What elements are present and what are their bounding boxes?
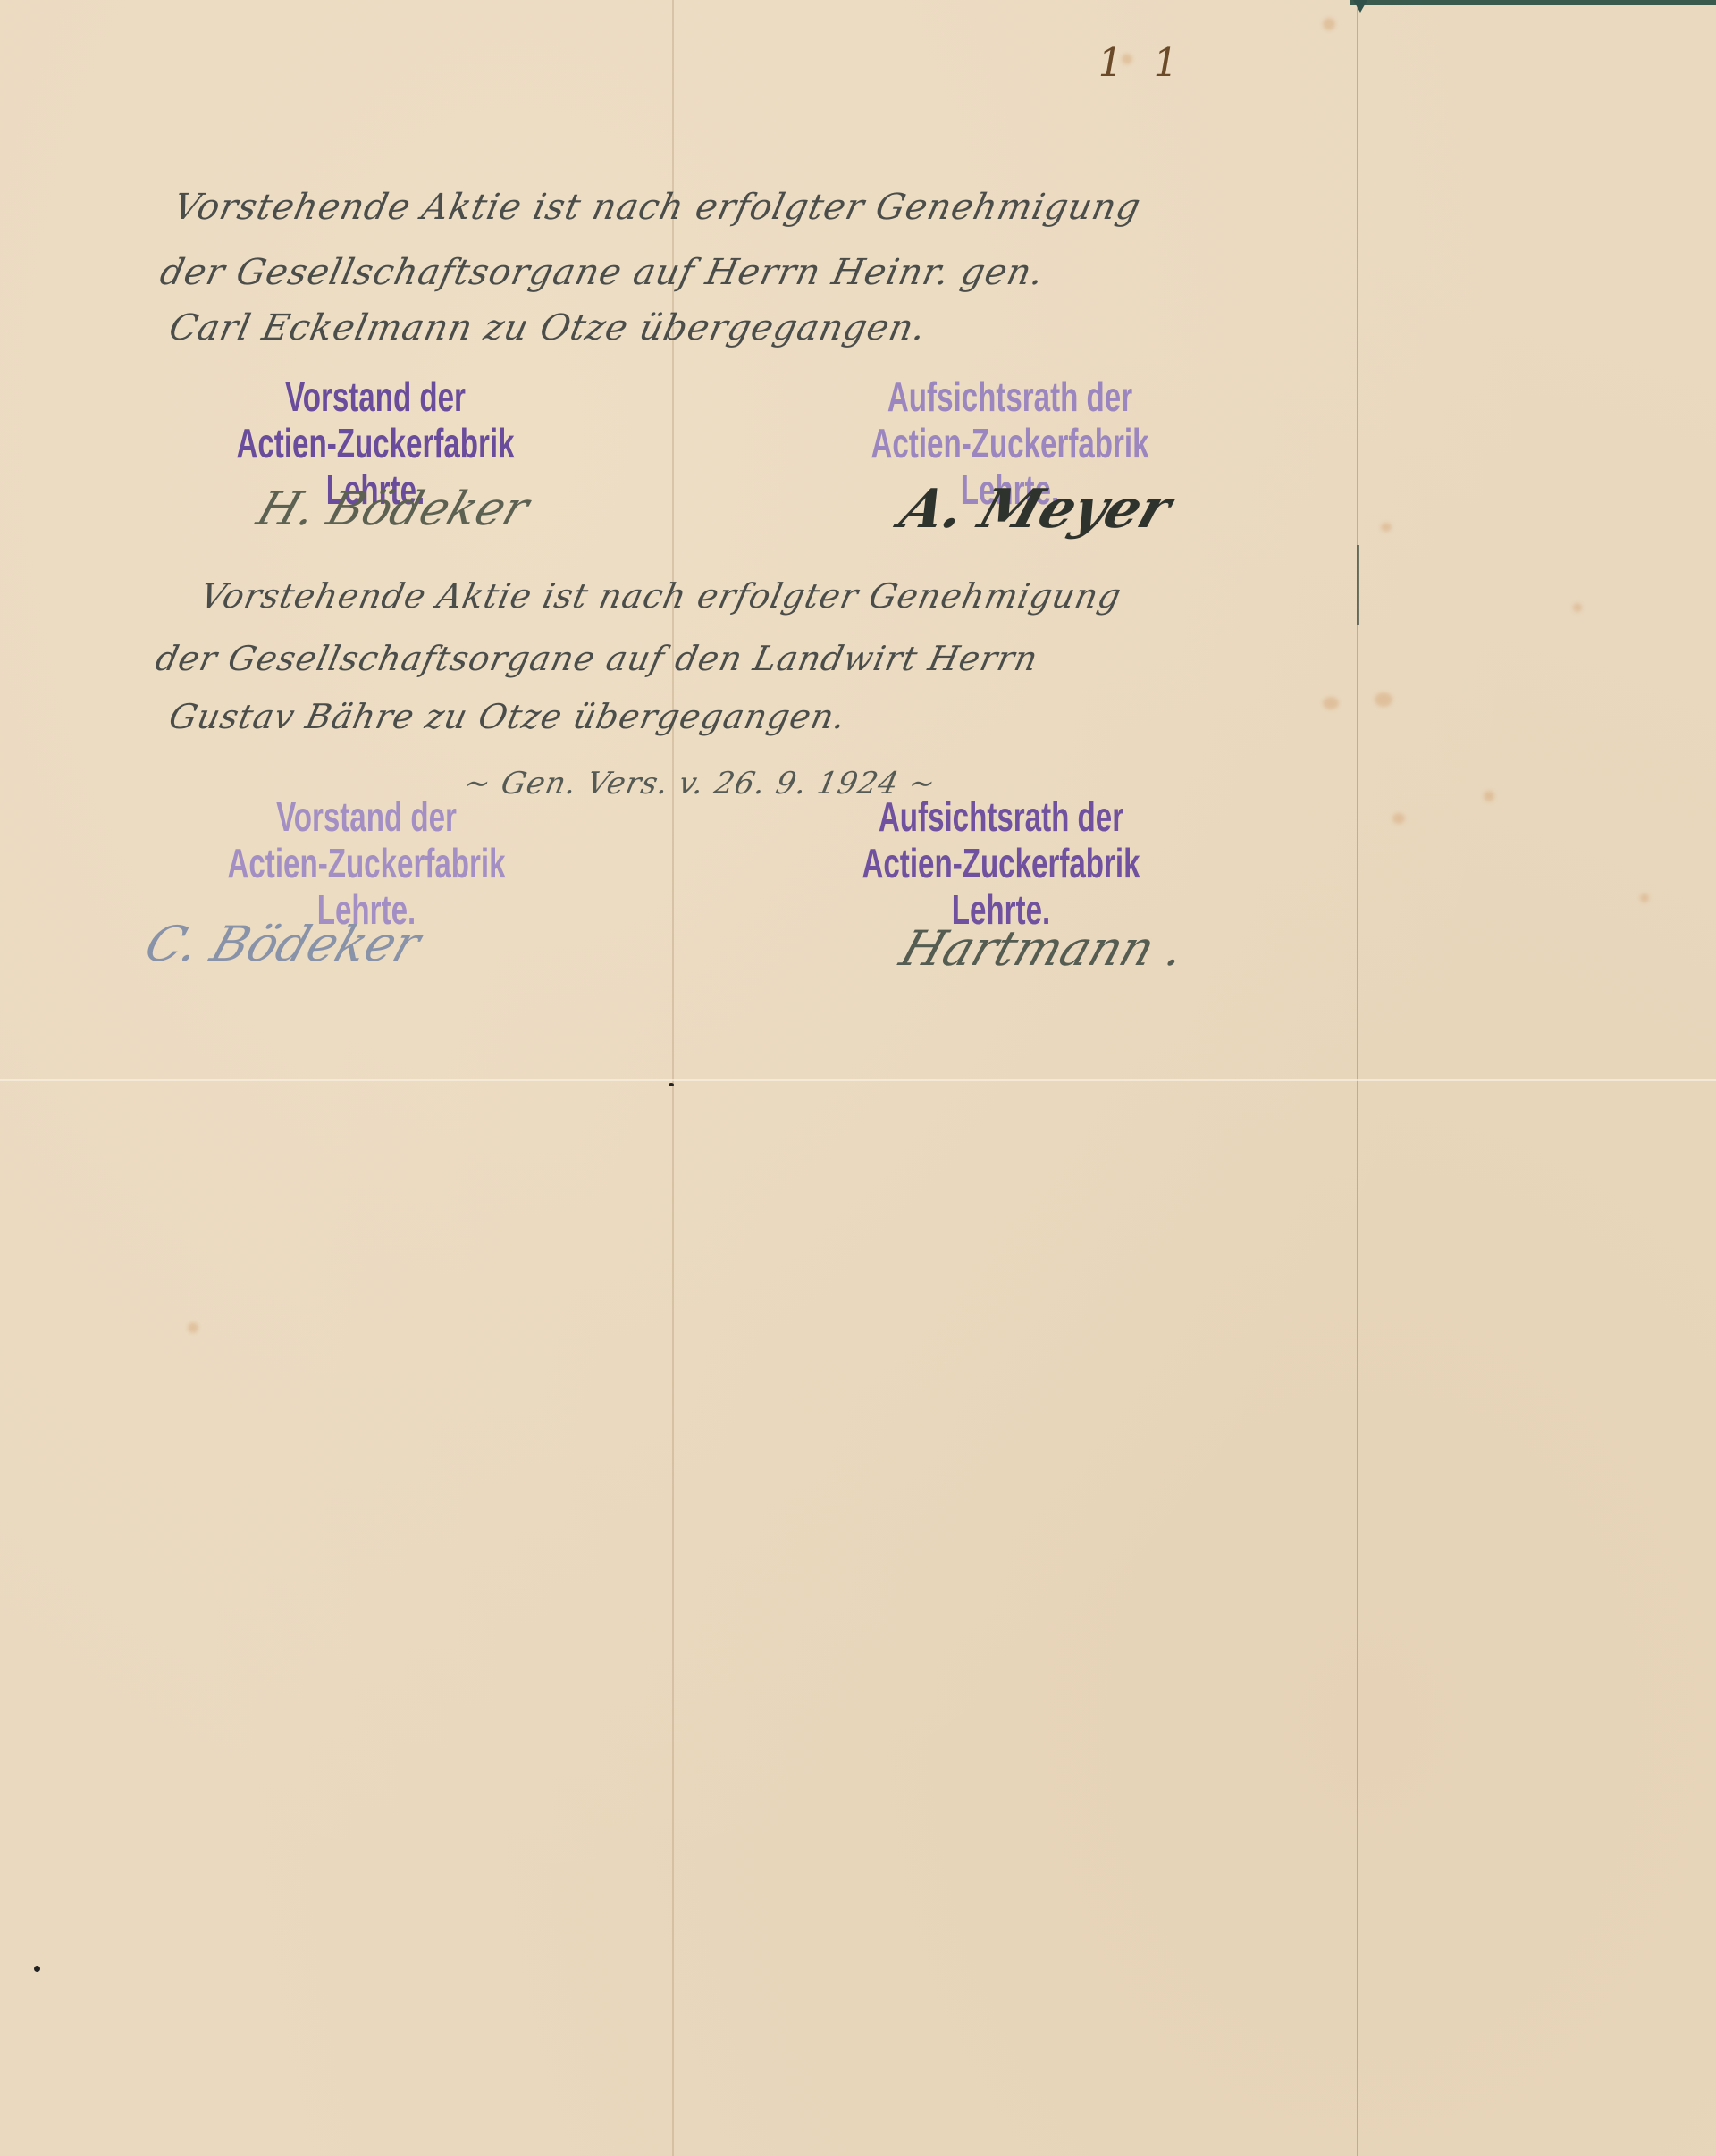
signature-boedeker-1: H. Bödeker: [250, 482, 535, 536]
signature-hartmann: Hartmann .: [894, 920, 1193, 977]
page-mark: 1 1: [1094, 40, 1191, 86]
scan-edge-notch: [1353, 0, 1367, 13]
endorsement-2-line-2: der Gesellschaftsorgane auf den Landwirt…: [149, 625, 1045, 692]
stamp-aufsichtsrath-2: Aufsichtsrath der Actien-Zuckerfabrik Le…: [834, 793, 1168, 933]
stamp-vorstand-2: Vorstand der Actien-Zuckerfabrik Lehrte.: [199, 793, 534, 933]
fold-ink-mark: [1357, 545, 1359, 625]
document-page: 1 1 Vorstehende Aktie ist nach erfolgter…: [0, 0, 1716, 2156]
endorsement-2-line-1: Vorstehende Aktie ist nach erfolgter Gen…: [194, 563, 1128, 629]
endorsement-1-line-1: Vorstehende Aktie ist nach erfolgter Gen…: [167, 174, 1148, 240]
endorsement-2-line-3: Gustav Bähre zu Otze übergegangen.: [163, 684, 853, 750]
ink-dot-left: [34, 1966, 40, 1972]
horizontal-fold: [0, 1079, 1716, 1081]
signature-meyer: A. Meyer: [893, 478, 1179, 541]
endorsement-1-line-3: Carl Eckelmann zu Otze übergegangen.: [163, 295, 932, 361]
vertical-fold-right: [1357, 0, 1358, 2156]
signature-boedeker-2: C. Bödeker: [139, 916, 427, 972]
scan-edge: [1350, 0, 1716, 5]
ink-dot: [669, 1083, 674, 1086]
